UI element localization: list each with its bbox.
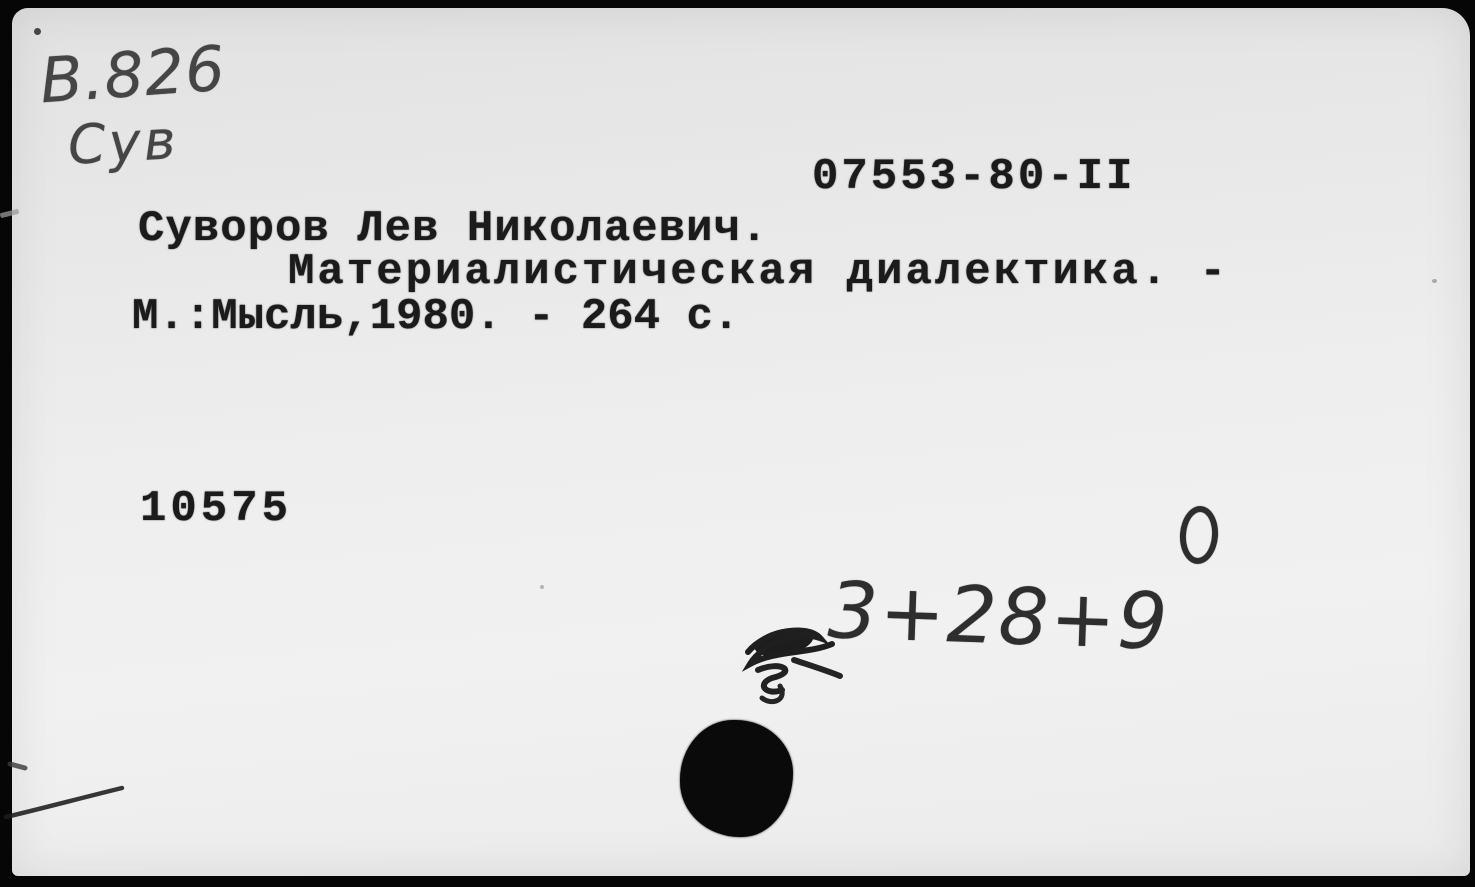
catalog-card-scan: В.826 Сув 07553-80-II Суворов Лев Никола… — [0, 0, 1475, 887]
author-line: Суворов Лев Николаевич. — [138, 207, 768, 251]
ink-dot — [680, 720, 793, 837]
catalog-code: 07553-80-II — [812, 155, 1135, 199]
dust-speck — [34, 28, 41, 35]
imprint-line: М.:Мысль,1980. - 264 с. — [132, 295, 739, 339]
title-line: Материалистическая диалектика. - — [288, 250, 1229, 294]
handwritten-class-number: В.826 — [38, 38, 227, 113]
handwritten-author-mark: Сув — [67, 113, 180, 173]
dust-speck — [1432, 279, 1437, 283]
handwritten-note: 3+28+9 — [827, 572, 1171, 662]
order-number: 10575 — [140, 487, 292, 531]
pencil-line-icon — [0, 755, 140, 825]
dust-speck — [540, 585, 544, 589]
